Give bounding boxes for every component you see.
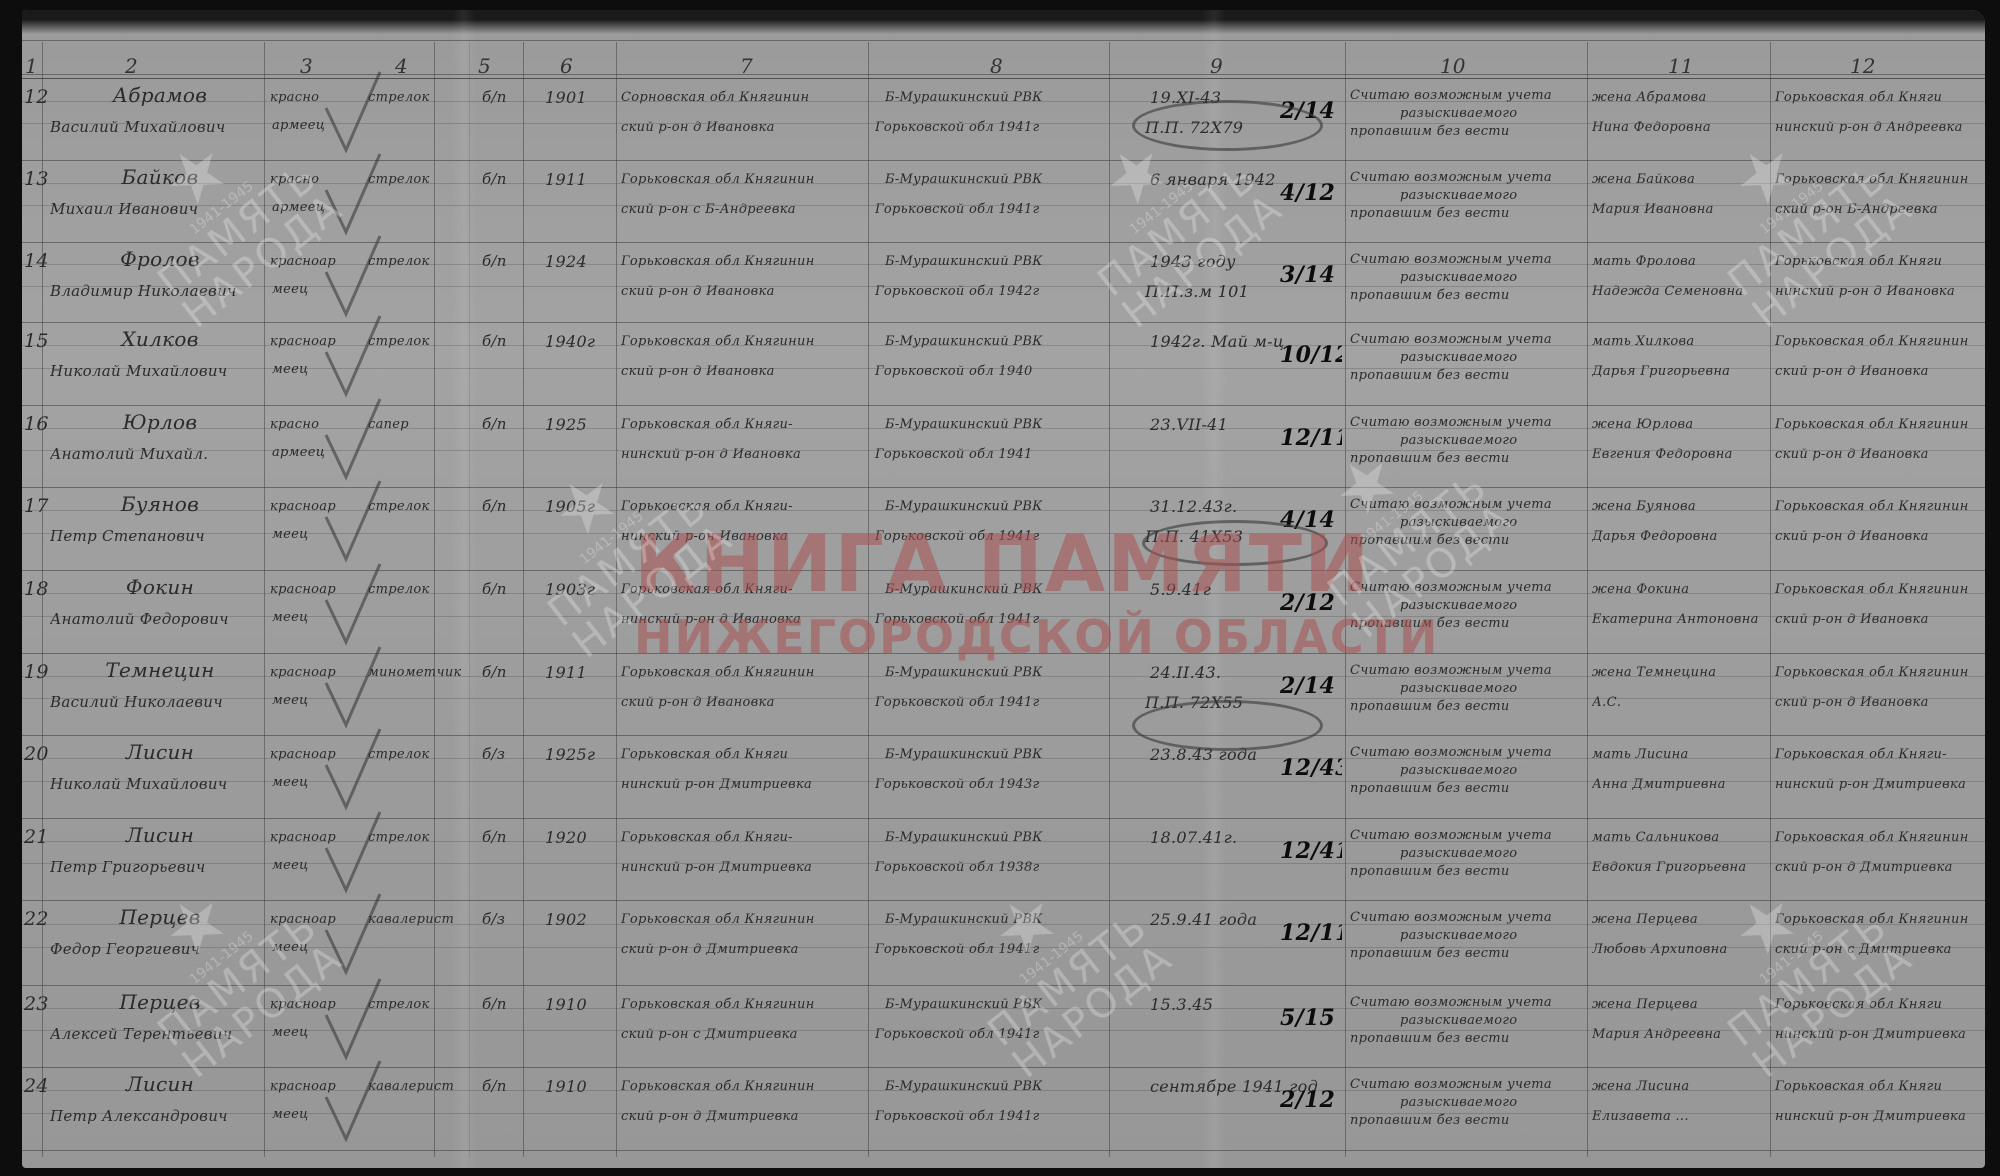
relative: жена Темнецина [1592,665,1768,680]
check-mark-icon [318,643,388,733]
birthplace: Горьковская обл Княгинин [621,172,866,187]
address-cont: ский р-он д Ивановка [1775,695,1980,710]
reason-cont: разыскиваемого [1400,270,1585,285]
draft-office: Б-Мурашкинский РВК [885,1079,1107,1094]
reason: Считаю возможным учета [1350,828,1585,843]
reason-cont: пропавшим без вести [1350,1031,1585,1046]
relative-cont: Елизавета ... [1592,1109,1768,1124]
watermark-subtitle: НИЖЕГОРОДСКОЙ ОБЛАСТИ [634,610,1334,664]
party-status: б/з [482,910,520,928]
given-names: Анатолий Федорович [50,610,265,628]
given-names: Петр Степанович [50,527,265,545]
address-cont: ский р-он д Ивановка [1775,612,1980,627]
reason-cont: разыскиваемого [1400,350,1585,365]
birthplace: Горьковская обл Княги- [621,417,866,432]
column-number: 1 [25,54,38,78]
check-mark-icon [318,808,388,898]
party-status: б/п [482,995,520,1013]
ink-mark: 12/11 [1280,920,1342,946]
column-number: 10 [1440,54,1465,78]
column-number: 3 [300,54,313,78]
reason-cont: пропавшим без вести [1350,124,1585,139]
row-divider [22,735,1985,736]
birthplace: Горьковская обл Княгинин [621,997,866,1012]
address-cont: нинский р-он Дмитриевка [1775,777,1980,792]
party-status: б/п [482,1077,520,1095]
reason-cont: пропавшим без вести [1350,368,1585,383]
ink-mark: 10/12 [1280,342,1342,368]
birthplace: Горьковская обл Княгинин [621,334,866,349]
birthplace: Горьковская обл Княгинин [621,254,866,269]
row-divider [22,78,1985,79]
birthplace: Горьковская обл Княгинин [621,912,866,927]
party-status: б/п [482,497,520,515]
watermark-title: КНИГА ПАМЯТИ [634,520,1334,610]
row-number: 12 [24,86,54,108]
address: Горьковская обл Княги [1775,1079,1980,1094]
address-cont: нинский р-он Дмитриевка [1775,1109,1980,1124]
column-number: 5 [478,54,491,78]
surname: Фокин [60,575,260,599]
birth-year: 1902 [545,910,615,929]
party-status: б/п [482,663,520,681]
relative-cont: Евгения Федоровна [1592,447,1768,462]
row-divider [22,160,1985,161]
address-cont: ский р-он д Ивановка [1775,364,1980,379]
address: Горьковская обл Княгинин [1775,665,1980,680]
draft-office: Б-Мурашкинский РВК [885,90,1107,105]
reason: Считаю возможным учета [1350,745,1585,760]
relative: жена Лисина [1592,1079,1768,1094]
draft-office-cont: Горьковской обл 1943г [875,777,1107,792]
ink-mark: 2/14 [1280,673,1342,699]
row-divider [22,487,1985,488]
reason: Считаю возможным учета [1350,252,1585,267]
party-status: б/п [482,332,520,350]
reason: Считаю возможным учета [1350,332,1585,347]
check-mark-icon [318,560,388,650]
row-number: 14 [24,250,54,272]
row-number: 19 [24,661,54,683]
party-status: б/п [482,252,520,270]
ink-mark: 3/14 [1280,262,1342,288]
row-divider [22,405,1985,406]
birthplace: Горьковская обл Княги [621,747,866,762]
birth-year: 1925г [545,745,615,764]
relative-cont: Екатерина Антоновна [1592,612,1768,627]
ink-mark: 4/12 [1280,180,1342,206]
circled-annotation [1132,700,1323,751]
relative-cont: Евдокия Григорьевна [1592,860,1768,875]
address: Горьковская обл Княги- [1775,747,1980,762]
relative: жена Юрлова [1592,417,1768,432]
address: Горьковская обл Княгинин [1775,334,1980,349]
draft-office: Б-Мурашкинский РВК [885,499,1107,514]
row-divider [22,40,1985,41]
reason-cont: пропавшим без вести [1350,288,1585,303]
draft-office-cont: Горьковской обл 1942г [875,284,1107,299]
reason: Считаю возможным учета [1350,663,1585,678]
row-divider [22,818,1985,819]
address: Горьковская обл Княгинин [1775,582,1980,597]
row-number: 13 [24,168,54,190]
check-mark-icon [318,725,388,815]
check-mark-icon [318,395,388,485]
check-mark-icon [318,232,388,322]
reason-cont: разыскиваемого [1400,681,1585,696]
reason: Считаю возможным учета [1350,1077,1585,1092]
birthplace: Горьковская обл Княгинин [621,665,866,680]
draft-office: Б-Мурашкинский РВК [885,334,1107,349]
surname: Юрлов [60,410,260,434]
birth-year: 1911 [545,663,615,682]
ink-mark: 12/41 [1280,838,1342,864]
reason-cont: разыскиваемого [1400,763,1585,778]
column-number: 6 [560,54,573,78]
row-number: 23 [24,993,54,1015]
address: Горьковская обл Княгинин [1775,830,1980,845]
pamyat-naroda-logo: ★1941-1945ПАМЯТЬНАРОДА [1670,839,1920,1085]
reason-cont: разыскиваемого [1400,106,1585,121]
reason-cont: разыскиваемого [1400,188,1585,203]
reason: Считаю возможным учета [1350,995,1585,1010]
party-status: б/п [482,415,520,433]
row-number: 18 [24,578,54,600]
ink-mark: 5/15 [1280,1005,1342,1031]
given-names: Петр Александрович [50,1107,265,1125]
given-names: Анатолий Михайл. [50,445,265,463]
relative-cont: Дарья Федоровна [1592,529,1768,544]
address: Горьковская обл Княгинин [1775,499,1980,514]
party-status: б/п [482,170,520,188]
row-number: 22 [24,908,54,930]
birth-year: 1925 [545,415,615,434]
draft-office: Б-Мурашкинский РВК [885,417,1107,432]
surname: Лисин [60,1072,260,1096]
reason: Считаю возможным учета [1350,88,1585,103]
column-divider [523,42,524,1157]
reason-cont: пропавшим без вести [1350,864,1585,879]
draft-office-cont: Горьковской обл 1941 [875,447,1107,462]
reason: Считаю возможным учета [1350,170,1585,185]
reason-cont: пропавшим без вести [1350,1113,1585,1128]
reason-cont: пропавшим без вести [1350,699,1585,714]
birth-year: 1901 [545,88,615,107]
row-divider [22,1067,1985,1068]
address-cont: ский р-он д Ивановка [1775,447,1980,462]
birthplace-cont: ский р-он д Ивановка [621,695,866,710]
relative: жена Абрамова [1592,90,1768,105]
draft-office-cont: Горьковской обл 1941г [875,695,1107,710]
draft-office: Б-Мурашкинский РВК [885,254,1107,269]
draft-office-cont: Горьковской обл 1941г [875,1109,1107,1124]
birthplace-cont: ский р-он д Ивановка [621,284,866,299]
address-cont: ский р-он д Ивановка [1775,529,1980,544]
birth-year: 1940г [545,332,615,351]
given-names: Николай Михайлович [50,775,265,793]
given-names: Василий Николаевич [50,693,265,711]
relative-cont: Анна Дмитриевна [1592,777,1768,792]
surname: Хилков [60,327,260,351]
row-number: 21 [24,826,54,848]
birthplace-cont: нинский р-он Дмитриевка [621,860,866,875]
row-number: 16 [24,413,54,435]
birth-year: 1924 [545,252,615,271]
relative: мать Лисина [1592,747,1768,762]
party-status: б/п [482,88,520,106]
column-number: 12 [1850,54,1875,78]
birthplace: Горьковская обл Княги- [621,830,866,845]
page-top-edge [22,10,1985,34]
row-number: 24 [24,1075,54,1097]
draft-office: Б-Мурашкинский РВК [885,747,1107,762]
surname: Лисин [60,740,260,764]
column-number: 7 [740,54,753,78]
draft-office-cont: Горьковской обл 1941г [875,120,1107,135]
relative: жена Фокина [1592,582,1768,597]
draft-office-cont: Горьковской обл 1940 [875,364,1107,379]
column-number: 4 [395,54,408,78]
draft-office: Б-Мурашкинский РВК [885,665,1107,680]
column-divider [434,42,435,1157]
check-mark-icon [318,312,388,402]
birthplace-cont: ский р-он д Ивановка [621,364,866,379]
surname: Темнецин [60,658,260,682]
ink-mark: 12/11 [1280,425,1342,451]
party-status: б/з [482,745,520,763]
birthplace-cont: ский р-он д Ивановка [621,120,866,135]
column-number: 9 [1210,54,1223,78]
birth-year: 1920 [545,828,615,847]
reason-cont: разыскиваемого [1400,1095,1585,1110]
column-number: 11 [1668,54,1693,78]
ink-mark: 2/12 [1280,1087,1342,1113]
birthplace: Сорновская обл Княгинин [621,90,866,105]
birth-year: 1911 [545,170,615,189]
party-status: б/п [482,828,520,846]
relative-cont: Дарья Григорьевна [1592,364,1768,379]
birthplace-cont: ский р-он д Дмитриевка [621,1109,866,1124]
check-mark-icon [318,477,388,567]
reason-cont: пропавшим без вести [1350,206,1585,221]
reason-cont: разыскиваемого [1400,846,1585,861]
row-number: 15 [24,330,54,352]
row-divider [22,1150,1985,1151]
surname: Буянов [60,492,260,516]
reason-cont: пропавшим без вести [1350,781,1585,796]
surname: Лисин [60,823,260,847]
birth-year: 1910 [545,995,615,1014]
party-status: б/п [482,580,520,598]
birthplace-cont: ский р-он с Б-Андреевка [621,202,866,217]
ink-mark: 12/43 [1280,755,1342,781]
reason-cont: разыскиваемого [1400,928,1585,943]
register-page: 123456789101112 12АбрамовВасилий Михайло… [22,10,1985,1168]
relative-cont: А.С. [1592,695,1768,710]
reason-cont: разыскиваемого [1400,1013,1585,1028]
column-divider [469,42,470,1157]
check-mark-icon [318,1057,388,1147]
relative-cont: Нина Федоровна [1592,120,1768,135]
column-divider [1587,42,1588,1157]
relative: мать Хилкова [1592,334,1768,349]
reason-cont: пропавшим без вести [1350,946,1585,961]
birthplace-cont: нинский р-он Дмитриевка [621,777,866,792]
birthplace-cont: ский р-он с Дмитриевка [621,1027,866,1042]
check-mark-icon [318,68,388,158]
row-number: 20 [24,743,54,765]
column-number: 8 [990,54,1003,78]
birthplace: Горьковская обл Княгинин [621,1079,866,1094]
column-number: 2 [125,54,138,78]
birthplace-cont: ский р-он д Дмитриевка [621,942,866,957]
row-number: 17 [24,495,54,517]
relative: мать Сальникова [1592,830,1768,845]
birth-year: 1910 [545,1077,615,1096]
given-names: Николай Михайлович [50,362,265,380]
row-divider [22,322,1985,323]
reason: Считаю возможным учета [1350,910,1585,925]
relative: жена Буянова [1592,499,1768,514]
address: Горьковская обл Княгинин [1775,417,1980,432]
pamyat-naroda-logo: ★1941-1945ПАМЯТЬНАРОДА [930,839,1180,1085]
